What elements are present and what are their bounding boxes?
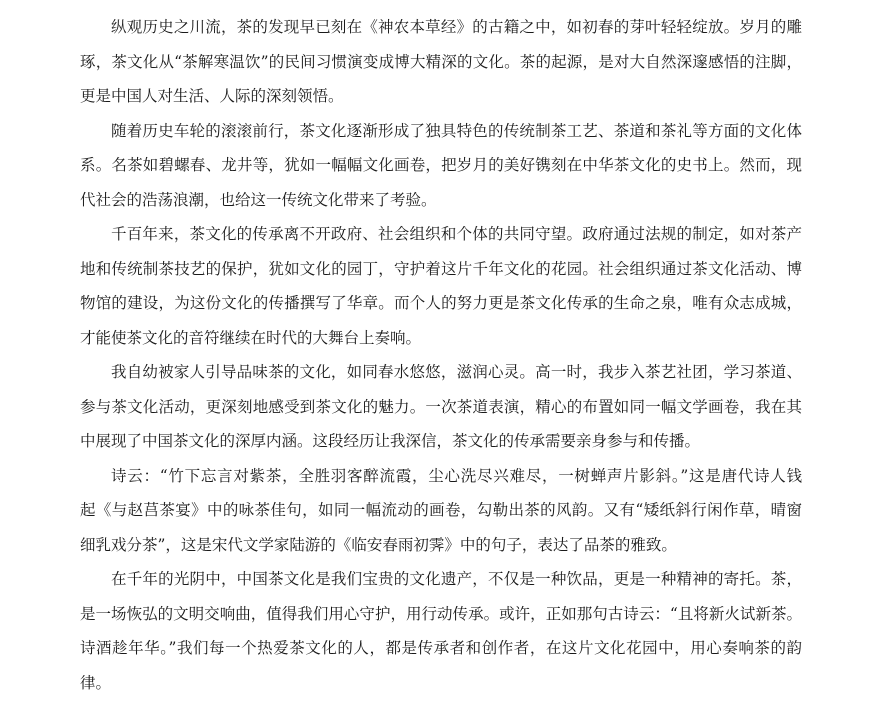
paragraph-line: 参与茶文化活动，更深刻地感受到茶文化的魅力。一次茶道表演，精心的布置如同一幅文学… xyxy=(80,390,802,425)
paragraph-line: 律。 xyxy=(80,666,802,701)
paragraph-line: 千百年来，茶文化的传承离不开政府、社会组织和个体的共同守望。政府通过法规的制定，… xyxy=(80,217,802,252)
paragraph-line: 才能使茶文化的音符继续在时代的大舞台上奏响。 xyxy=(80,321,802,356)
paragraph-line: 诗云：“竹下忘言对紫茶，全胜羽客醉流霞，尘心洗尽兴难尽，一树蝉声片影斜。”这是唐… xyxy=(80,459,802,494)
paragraph-line: 物馆的建设，为这份文化的传播撰写了华章。而个人的努力更是茶文化传承的生命之泉，唯… xyxy=(80,286,802,321)
paragraph-line: 更是中国人对生活、人际的深刻领悟。 xyxy=(80,79,802,114)
paragraph-6: 在千年的光阴中，中国茶文化是我们宝贵的文化遗产，不仅是一种饮品，更是一种精神的寄… xyxy=(80,562,802,700)
paragraph-line: 在千年的光阴中，中国茶文化是我们宝贵的文化遗产，不仅是一种饮品，更是一种精神的寄… xyxy=(80,562,802,597)
paragraph-2: 随着历史车轮的滚滚前行，茶文化逐渐形成了独具特色的传统制茶工艺、茶道和茶礼等方面… xyxy=(80,114,802,218)
paragraph-4: 我自幼被家人引导品味茶的文化，如同春水悠悠，滋润心灵。高一时，我步入茶艺社团，学… xyxy=(80,355,802,459)
paragraph-line: 地和传统制茶技艺的保护，犹如文化的园丁，守护着这片千年文化的花园。社会组织通过茶… xyxy=(80,252,802,287)
document-body: 纵观历史之川流，茶的发现早已刻在《神农本草经》的古籍之中，如初春的芽叶轻轻绽放。… xyxy=(80,10,802,700)
paragraph-line: 随着历史车轮的滚滚前行，茶文化逐渐形成了独具特色的传统制茶工艺、茶道和茶礼等方面… xyxy=(80,114,802,149)
paragraph-line: 系。名茶如碧螺春、龙井等，犹如一幅幅文化画卷，把岁月的美好镌刻在中华茶文化的史书… xyxy=(80,148,802,183)
paragraph-line: 诗酒趁年华。”我们每一个热爱茶文化的人，都是传承者和创作者，在这片文化花园中，用… xyxy=(80,631,802,666)
paragraph-line: 代社会的浩荡浪潮，也给这一传统文化带来了考验。 xyxy=(80,183,802,218)
paragraph-1: 纵观历史之川流，茶的发现早已刻在《神农本草经》的古籍之中，如初春的芽叶轻轻绽放。… xyxy=(80,10,802,114)
paragraph-3: 千百年来，茶文化的传承离不开政府、社会组织和个体的共同守望。政府通过法规的制定，… xyxy=(80,217,802,355)
paragraph-line: 中展现了中国茶文化的深厚内涵。这段经历让我深信，茶文化的传承需要亲身参与和传播。 xyxy=(80,424,802,459)
paragraph-line: 细乳戏分茶”，这是宋代文学家陆游的《临安春雨初霁》中的句子，表达了品茶的雅致。 xyxy=(80,528,802,563)
paragraph-line: 是一场恢弘的文明交响曲，值得我们用心守护，用行动传承。或许，正如那句古诗云：“且… xyxy=(80,597,802,632)
paragraph-line: 琢，茶文化从“茶解寒温饮”的民间习惯演变成博大精深的文化。茶的起源，是对大自然深… xyxy=(80,45,802,80)
paragraph-5: 诗云：“竹下忘言对紫茶，全胜羽客醉流霞，尘心洗尽兴难尽，一树蝉声片影斜。”这是唐… xyxy=(80,459,802,563)
paragraph-line: 起《与赵莒茶宴》中的咏茶佳句，如同一幅流动的画卷，勾勒出茶的风韵。又有“矮纸斜行… xyxy=(80,493,802,528)
paragraph-line: 纵观历史之川流，茶的发现早已刻在《神农本草经》的古籍之中，如初春的芽叶轻轻绽放。… xyxy=(80,10,802,45)
paragraph-line: 我自幼被家人引导品味茶的文化，如同春水悠悠，滋润心灵。高一时，我步入茶艺社团，学… xyxy=(80,355,802,390)
